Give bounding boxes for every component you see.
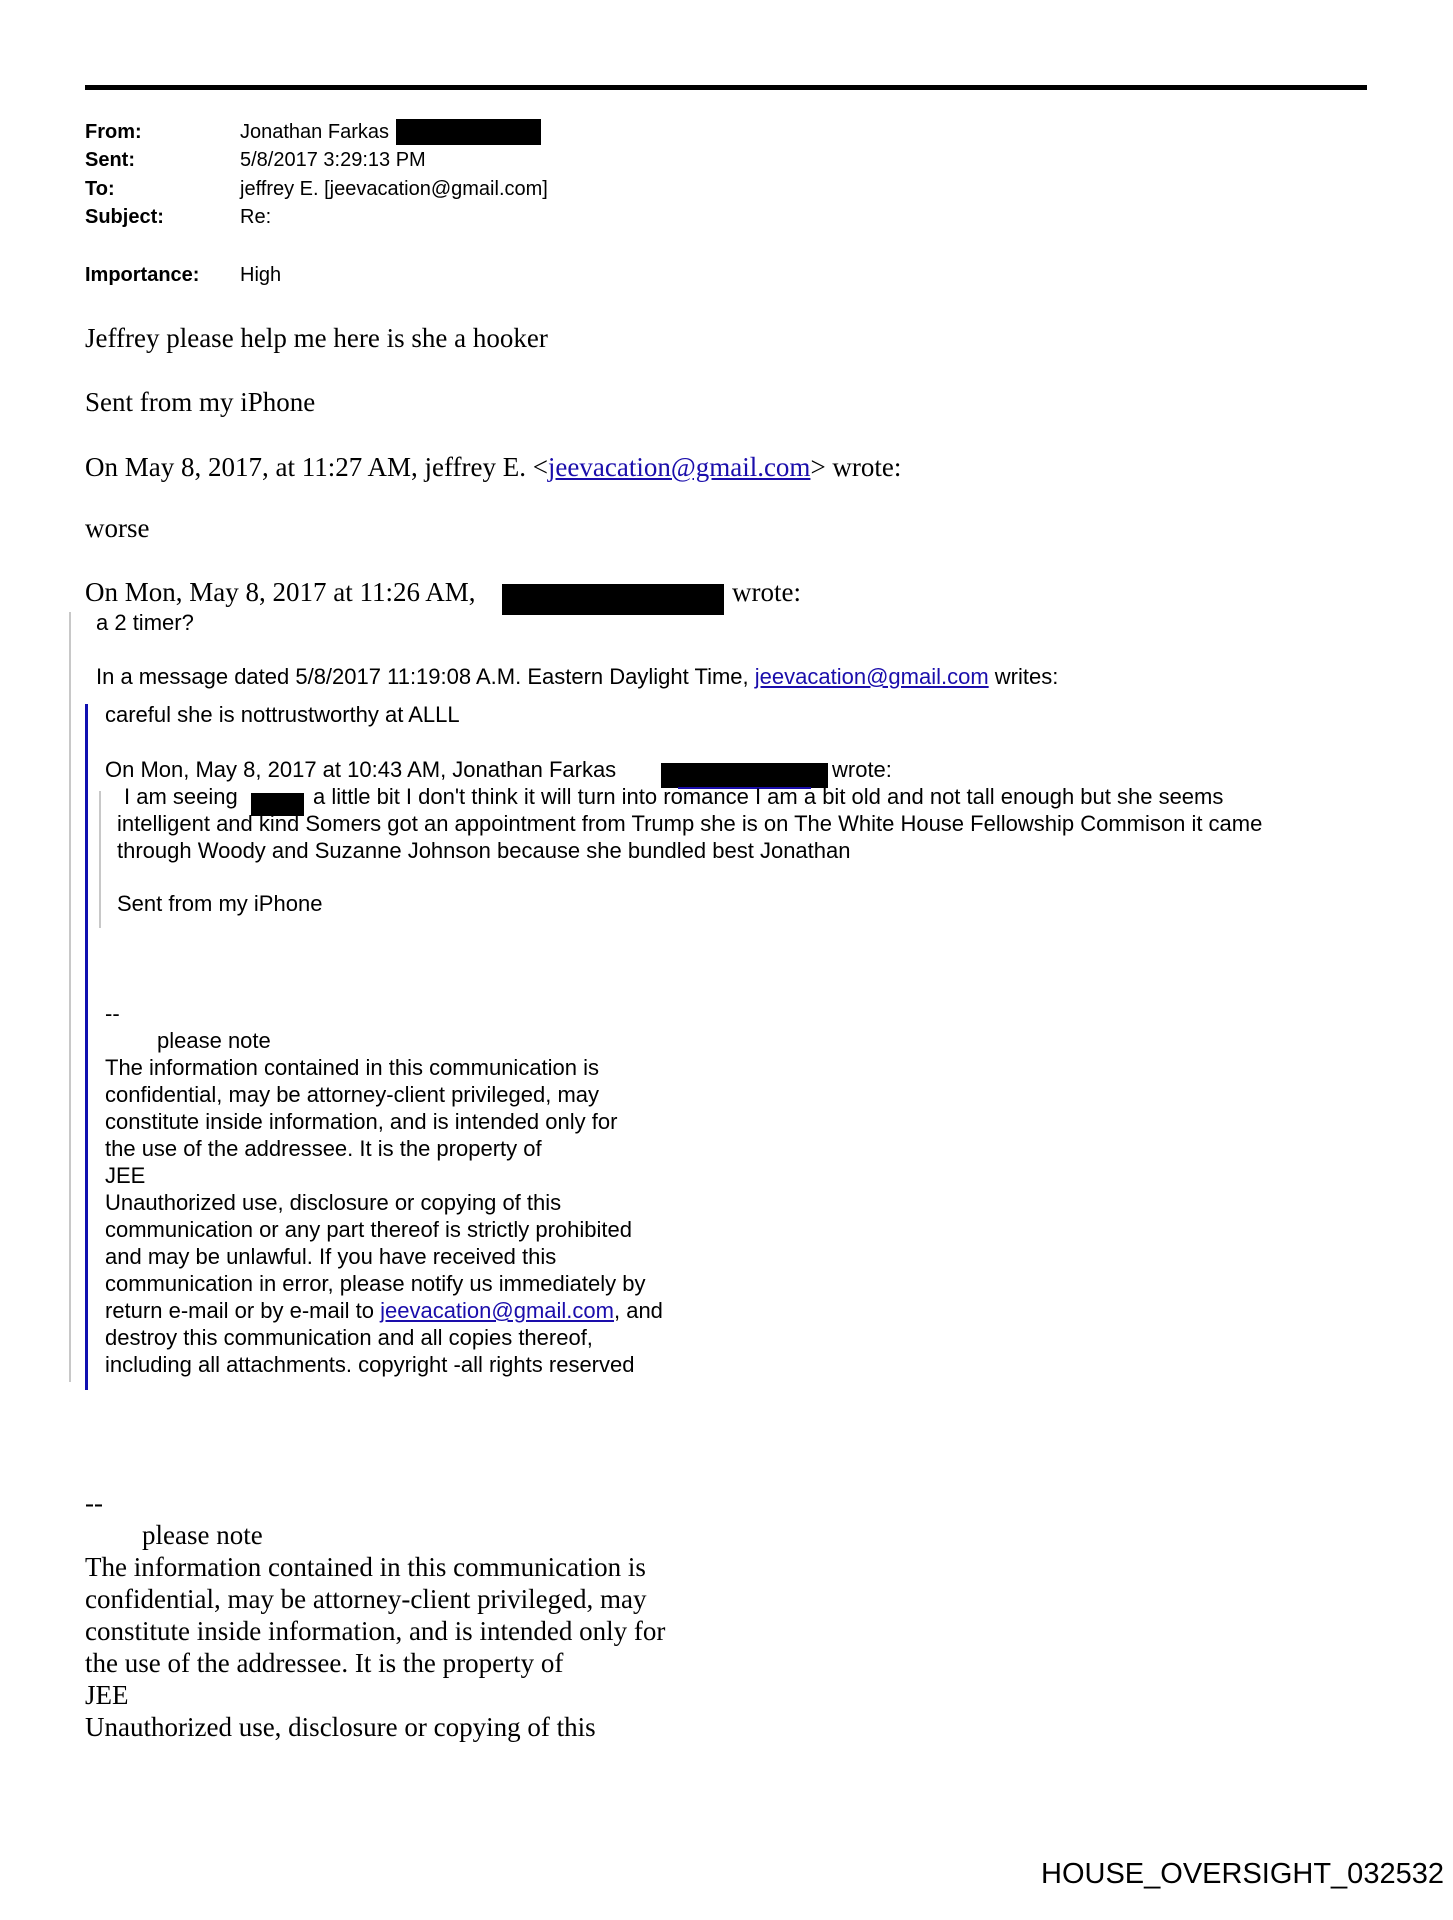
quote-header-2-suffix: wrote: xyxy=(732,576,801,608)
quote-header-prefix: On May 8, 2017, at 11:27 AM, jeffrey E. … xyxy=(85,452,548,482)
quote-text-4-line3: through Woody and Suzanne Johnson becaus… xyxy=(117,837,851,864)
disclaimer-please-note: please note xyxy=(105,1027,663,1054)
disclaimer-line: communication in error, please notify us… xyxy=(105,1270,663,1297)
disclaimer-line: JEE xyxy=(85,1679,665,1711)
disclaimer-email-line: return e-mail or by e-mail to jeevacatio… xyxy=(105,1297,663,1324)
importance-label: Importance: xyxy=(85,261,199,289)
disclaimer-lines: The information contained in this commun… xyxy=(105,1054,663,1297)
disclaimer-line: destroy this communication and all copie… xyxy=(105,1324,663,1351)
disclaimer-line: and may be unlawful. If you have receive… xyxy=(105,1243,663,1270)
quote-header-suffix: > wrote: xyxy=(810,452,901,482)
disclaimer-line: including all attachments. copyright -al… xyxy=(105,1351,663,1378)
disclaimer-dashes: -- xyxy=(105,1000,663,1027)
subject-value: Re: xyxy=(240,203,271,231)
quote-header-prefix: In a message dated 5/8/2017 11:19:08 A.M… xyxy=(96,664,755,689)
email-line-prefix: return e-mail or by e-mail to xyxy=(105,1298,380,1323)
disclaimer-line: constitute inside information, and is in… xyxy=(105,1108,663,1135)
disclaimer-lines: The information contained in this commun… xyxy=(85,1551,665,1743)
quote-header-2: On Mon, May 8, 2017 at 11:26 AM, xyxy=(85,576,476,608)
disclaimer-line: the use of the addressee. It is the prop… xyxy=(105,1135,663,1162)
quote-header-4: On Mon, May 8, 2017 at 10:43 AM, Jonatha… xyxy=(105,756,616,783)
quote-text-4-b: a little bit I don't think it will turn … xyxy=(313,783,1223,810)
subject-label: Subject: xyxy=(85,203,164,231)
quote-header-1: On May 8, 2017, at 11:27 AM, jeffrey E. … xyxy=(85,451,901,483)
from-value: Jonathan Farkas xyxy=(240,118,389,146)
quote-text-3: careful she is nottrustworthy at ALLL xyxy=(105,701,460,728)
email-line-suffix: , and xyxy=(614,1298,663,1323)
disclaimer-line: constitute inside information, and is in… xyxy=(85,1615,665,1647)
disclaimer-line: The information contained in this commun… xyxy=(105,1054,663,1081)
disclaimer-line: the use of the addressee. It is the prop… xyxy=(85,1647,665,1679)
redaction-box xyxy=(396,119,541,145)
outer-disclaimer: -- please note The information contained… xyxy=(85,1487,665,1743)
disclaimer-line: communication or any part thereof is str… xyxy=(105,1216,663,1243)
quote-bar xyxy=(85,704,88,1390)
sent-value: 5/8/2017 3:29:13 PM xyxy=(240,146,426,174)
email-link[interactable]: jeevacation@gmail.com xyxy=(548,452,811,482)
disclaimer-line: JEE xyxy=(105,1162,663,1189)
quote-text-1: worse xyxy=(85,512,149,544)
from-label: From: xyxy=(85,118,142,146)
quote-bar xyxy=(99,791,101,928)
bates-number: HOUSE_OVERSIGHT_032532 xyxy=(1041,1858,1444,1891)
quote-header-suffix: writes: xyxy=(989,664,1059,689)
redaction-box xyxy=(502,584,724,615)
message-body: Jeffrey please help me here is she a hoo… xyxy=(85,322,548,354)
email-link[interactable]: jeevacation@gmail.com xyxy=(755,664,989,689)
email-link[interactable]: jeevacation@gmail.com xyxy=(380,1298,614,1323)
quote-text-4-a: I am seeing xyxy=(124,783,238,810)
disclaimer-line: confidential, may be attorney-client pri… xyxy=(85,1583,665,1615)
disclaimer-please-note: please note xyxy=(85,1519,665,1551)
disclaimer-lines-after: destroy this communication and all copie… xyxy=(105,1324,663,1378)
sent-label: Sent: xyxy=(85,146,135,174)
quote-text-2: a 2 timer? xyxy=(96,609,194,636)
quote-bar xyxy=(69,612,71,1382)
importance-value: High xyxy=(240,261,281,289)
signature: Sent from my iPhone xyxy=(85,386,315,418)
disclaimer-dashes: -- xyxy=(85,1487,665,1519)
disclaimer-line: Unauthorized use, disclosure or copying … xyxy=(85,1711,665,1743)
quote-text-4-line2: intelligent and kind Somers got an appoi… xyxy=(117,810,1262,837)
quote-signature: Sent from my iPhone xyxy=(117,890,322,917)
to-label: To: xyxy=(85,175,115,203)
disclaimer-line: confidential, may be attorney-client pri… xyxy=(105,1081,663,1108)
quote-header-4-suffix: wrote: xyxy=(832,756,892,783)
disclaimer-line: Unauthorized use, disclosure or copying … xyxy=(105,1189,663,1216)
inner-disclaimer: -- please note The information contained… xyxy=(105,1000,663,1378)
to-value: jeffrey E. [jeevacation@gmail.com] xyxy=(240,175,548,203)
quote-header-3: In a message dated 5/8/2017 11:19:08 A.M… xyxy=(96,663,1058,690)
disclaimer-line: The information contained in this commun… xyxy=(85,1551,665,1583)
header-rule xyxy=(85,85,1367,90)
